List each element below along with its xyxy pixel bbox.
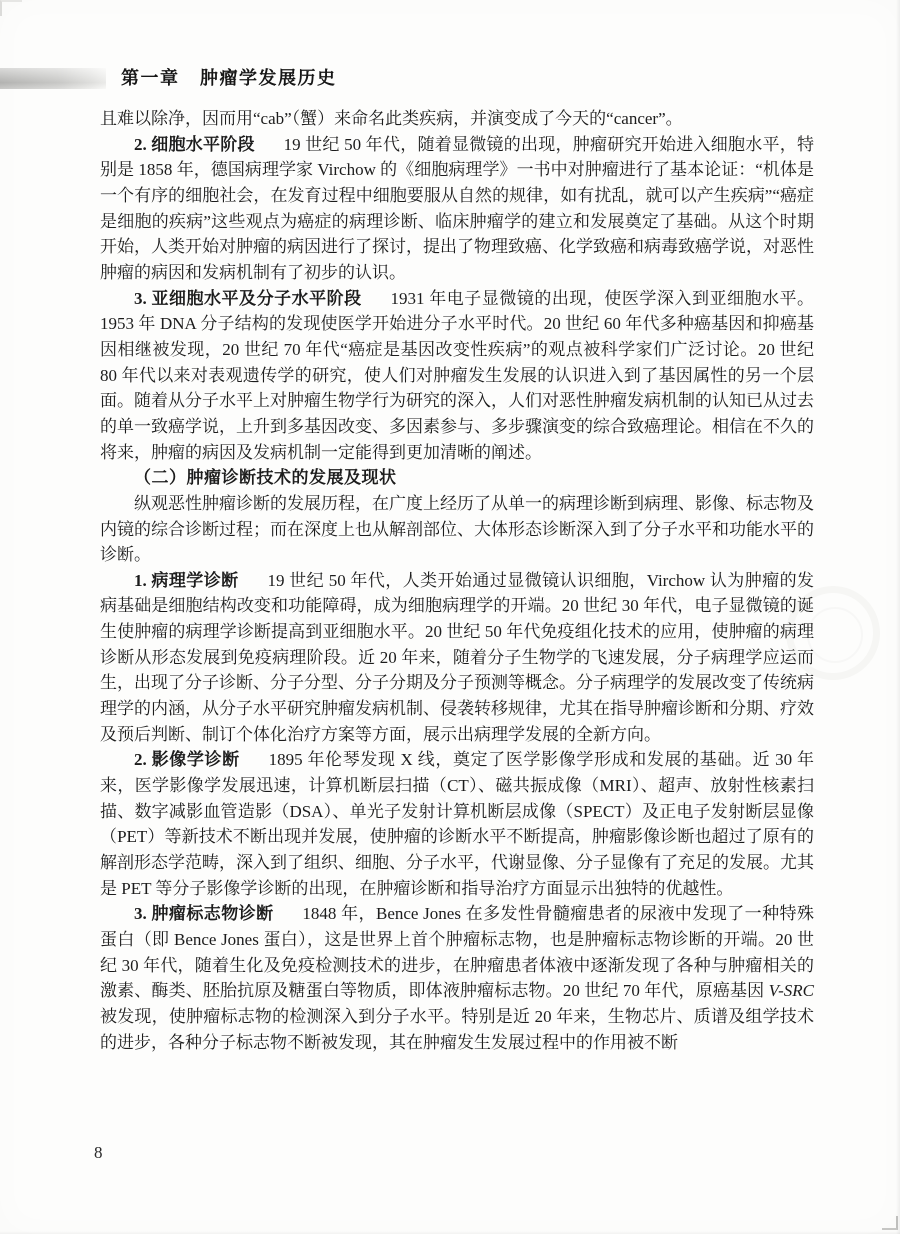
chapter-label: 第一章 <box>121 68 180 88</box>
paragraph: 纵观恶性肿瘤诊断的发展历程，在广度上经历了从单一的病理诊断到病理、影像、标志物及… <box>100 491 814 568</box>
paragraph: 1. 病理学诊断19 世纪 50 年代，人类开始通过显微镜认识细胞，Vircho… <box>100 568 814 748</box>
gene-name-italic: V-SRC <box>769 981 814 1000</box>
text-segment: 1931 年电子显微镜的出现，使医学深入到亚细胞水平。1953 年 DNA 分子… <box>100 289 814 462</box>
text-segment: 19 世纪 50 年代，随着显微镜的出现，肿瘤研究开始进入细胞水平，特别是 18… <box>100 135 814 282</box>
run-in-heading: 1. 病理学诊断 <box>134 571 239 590</box>
paragraph: 2. 影像学诊断1895 年伦琴发现 X 线，奠定了医学影像学形成和发展的基础。… <box>100 747 814 901</box>
chapter-name: 肿瘤学发展历史 <box>200 68 337 88</box>
run-in-heading: 2. 细胞水平阶段 <box>134 135 255 154</box>
text-segment: 纵观恶性肿瘤诊断的发展历程，在广度上经历了从单一的病理诊断到病理、影像、标志物及… <box>100 494 814 564</box>
body-text: 且难以除净，因而用“cab”（蟹）来命名此类疾病，并演变成了今天的“cancer… <box>100 106 814 1055</box>
section-subheading: （二）肿瘤诊断技术的发展及现状 <box>100 465 814 491</box>
paragraph: 且难以除净，因而用“cab”（蟹）来命名此类疾病，并演变成了今天的“cancer… <box>100 106 814 132</box>
scan-corner-artifact-bottom-right <box>882 1216 898 1230</box>
chapter-header-bar <box>0 68 106 89</box>
text-segment: （二）肿瘤诊断技术的发展及现状 <box>134 468 397 487</box>
run-in-heading: 3. 肿瘤标志物诊断 <box>134 904 274 923</box>
paragraph: 3. 肿瘤标志物诊断1848 年，Bence Jones 在多发性骨髓瘤患者的尿… <box>100 901 814 1055</box>
page-edge-shadow-right <box>896 0 900 1234</box>
text-segment: 被发现，使肿瘤标志物的检测深入到分子水平。特别是近 20 年来，生物芯片、质谱及… <box>100 1007 814 1052</box>
scan-corner-artifact-top-left <box>0 0 22 16</box>
paragraph: 2. 细胞水平阶段19 世纪 50 年代，随着显微镜的出现，肿瘤研究开始进入细胞… <box>100 132 814 286</box>
text-segment: 19 世纪 50 年代，人类开始通过显微镜认识细胞，Virchow 认为肿瘤的发… <box>100 571 814 744</box>
text-segment: 且难以除净，因而用“cab”（蟹）来命名此类疾病，并演变成了今天的“cancer… <box>100 109 683 128</box>
paragraph: 3. 亚细胞水平及分子水平阶段1931 年电子显微镜的出现，使医学深入到亚细胞水… <box>100 286 814 466</box>
faint-stamp-watermark <box>786 586 880 680</box>
run-in-heading: 2. 影像学诊断 <box>134 750 240 769</box>
page-number: 8 <box>94 1143 103 1163</box>
chapter-title: 第一章 肿瘤学发展历史 <box>121 64 337 90</box>
run-in-heading: 3. 亚细胞水平及分子水平阶段 <box>134 289 362 308</box>
book-page: 第一章 肿瘤学发展历史 且难以除净，因而用“cab”（蟹）来命名此类疾病，并演变… <box>0 0 900 1234</box>
text-segment: 1895 年伦琴发现 X 线，奠定了医学影像学形成和发展的基础。近 30 年来，… <box>100 750 814 897</box>
